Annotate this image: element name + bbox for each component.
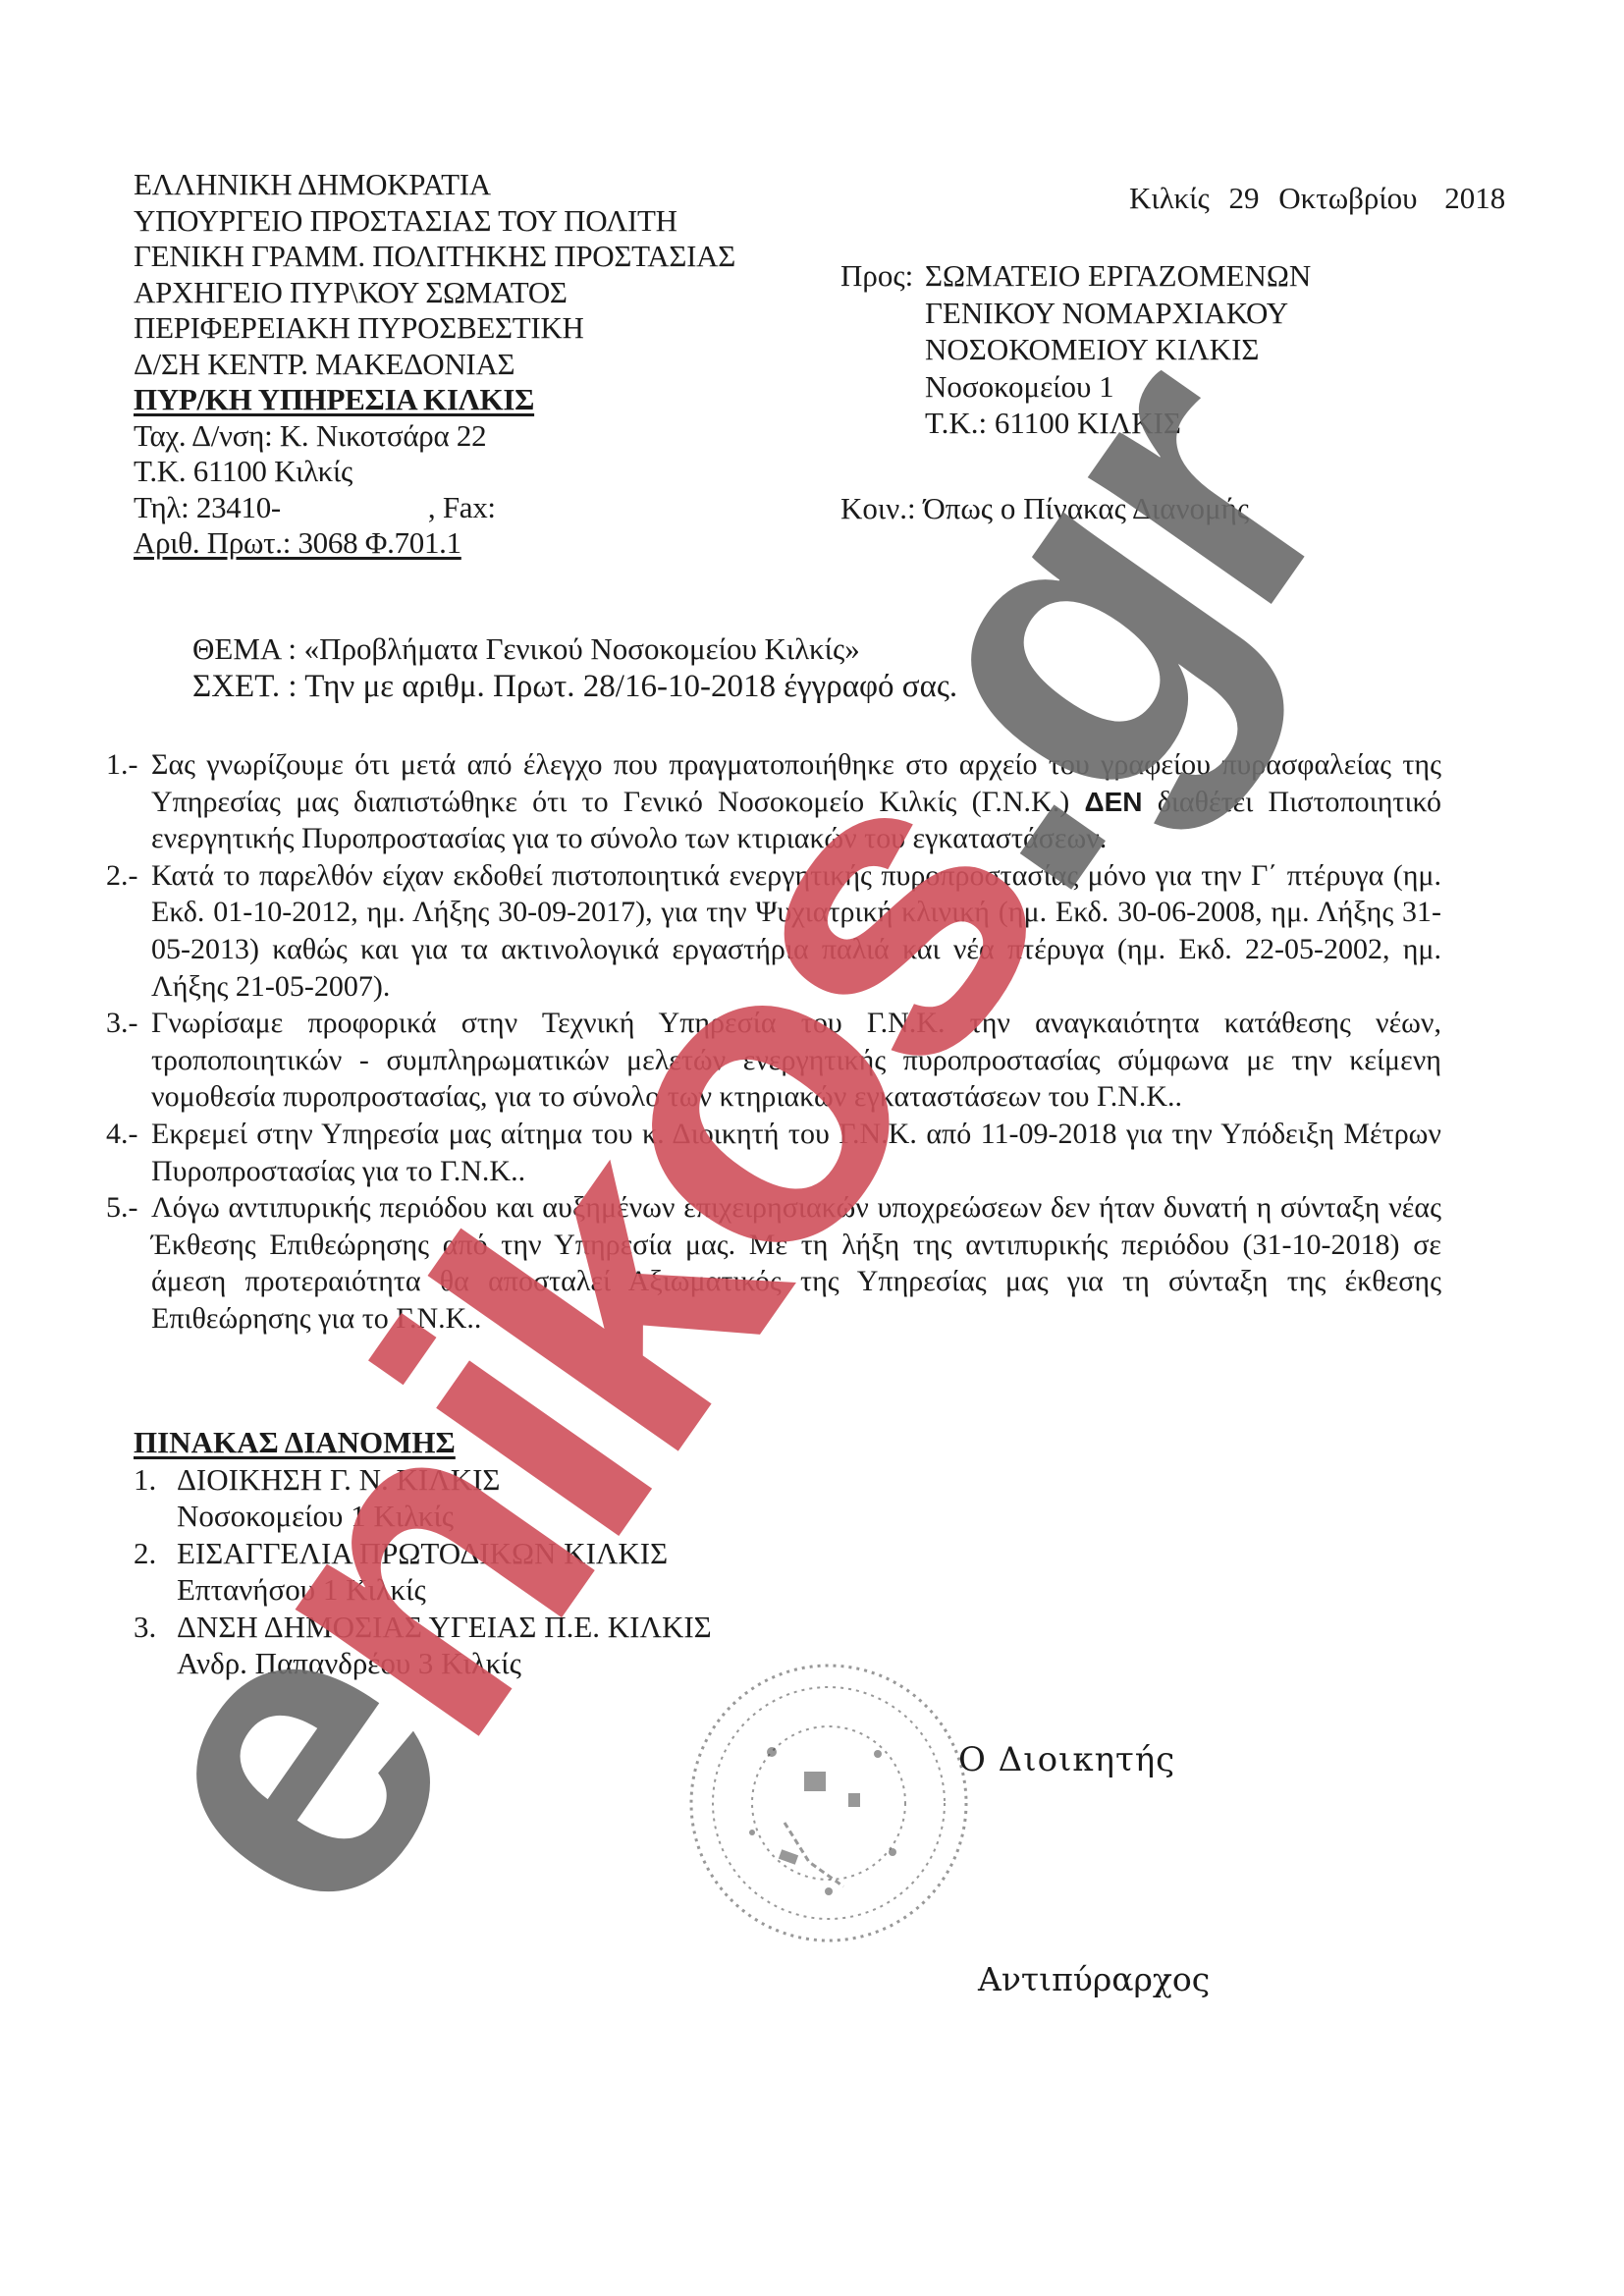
recipient-line: ΣΩΜΑΤΕΙΟ ΕΡΓΑΖΟΜΕΝΩΝ [925,257,1311,295]
body-paragraph: 4.- Εκρεμεί στην Υπηρεσία μας αίτημα του… [106,1116,1441,1189]
sender-postal: Τ.Κ. 61100 Κιλκίς [134,454,735,490]
entry-address: Νοσοκομείου 1 Κιλκίς [177,1498,500,1535]
recipient-label: Προς: [840,257,925,442]
sender-contact: Τηλ: 23410-, Fax: [134,490,735,526]
paragraph-number: 4.- [106,1116,151,1189]
sender-line: ΠΕΡΙΦΕΡΕΙΑΚΗ ΠΥΡΟΣΒΕΣΤΙΚΗ [134,310,735,347]
paragraph-text: Εκρεμεί στην Υπηρεσία μας αίτημα του κ. … [151,1116,1441,1189]
protocol-number: Αριθ. Πρωτ.: 3068 Φ.701.1 [134,525,735,562]
sender-fax: , Fax: [428,490,496,524]
sender-line: ΕΛΛΗΝΙΚΗ ΔΗΜΟΚΡΑΤΙΑ [134,167,735,203]
recipient-line: ΓΕΝΙΚΟΥ ΝΟΜΑΡΧΙΑΚΟΥ [925,295,1311,332]
distribution-entry: 1. ΔΙΟΙΚΗΣΗ Γ. Ν. ΚΙΛΚΙΣΝοσοκομείου 1 Κι… [134,1461,712,1535]
signatory-title: Ο Διοικητής [958,1740,1175,1779]
paragraph-text: Γνωρίσαμε προφορικά στην Τεχνική Υπηρεσί… [151,1005,1441,1116]
body-paragraph: 2.- Κατά το παρελθόν είχαν εκδοθεί πιστο… [106,857,1441,1005]
recipient-line: Νοσοκομείου 1 [925,368,1311,406]
entry-name: ΕΙΣΑΓΓΕΛΙΑ ΠΡΩΤΟΔΙΚΩΝ ΚΙΛΚΙΣ [177,1535,668,1572]
paragraph-text: Κατά το παρελθόν είχαν εκδοθεί πιστοποιη… [151,857,1441,1005]
distribution-list: ΠΙΝΑΚΑΣ ΔΙΑΝΟΜΗΣ 1. ΔΙΟΙΚΗΣΗ Γ. Ν. ΚΙΛΚΙ… [134,1424,712,1682]
document-page: ΕΛΛΗΝΙΚΗ ΔΗΜΟΚΡΑΤΙΑ ΥΠΟΥΡΓΕΙΟ ΠΡΟΣΤΑΣΙΑΣ… [0,0,1624,2296]
date-year: 2018 [1444,181,1505,215]
distribution-entry: 3. ΔΝΣΗ ΔΗΜΟΣΙΑΣ ΥΓΕΙΑΣ Π.Ε. ΚΙΛΚΙΣΑνδρ.… [134,1609,712,1682]
sender-line: Δ/ΣΗ ΚΕΝΤΡ. ΜΑΚΕΔΟΝΙΑΣ [134,347,735,383]
official-seal-icon [681,1656,976,1950]
paragraph-number: 2.- [106,857,151,1005]
recipient-line: ΝΟΣΟΚΟΜΕΙΟΥ ΚΙΛΚΙΣ [925,331,1311,368]
paragraph-number: 3.- [106,1005,151,1116]
body-paragraph: 3.- Γνωρίσαμε προφορικά στην Τεχνική Υπη… [106,1005,1441,1116]
date-day: 29 [1228,181,1259,215]
paragraph-number: 5.- [106,1189,151,1337]
sender-address: Ταχ. Δ/νση: Κ. Νικοτσάρα 22 [134,418,735,455]
entry-address: Ανδρ. Παπανδρέου 3 Κιλκίς [177,1645,712,1682]
sender-line: ΑΡΧΗΓΕΙΟ ΠΥΡ\ΚΟΥ ΣΩΜΑΤΟΣ [134,275,735,311]
subject-theme: ΘΕΜΑ : «Προβλήματα Γενικού Νοσοκομείου Κ… [192,630,957,668]
body-paragraph: 1.- Σας γνωρίζουμε ότι μετά από έλεγχο π… [106,746,1441,857]
distribution-title: ΠΙΝΑΚΑΣ ΔΙΑΝΟΜΗΣ [134,1424,712,1461]
recipient-line: Τ.Κ.: 61100 ΚΙΛΚΙΣ [925,405,1311,442]
subject-block: ΘΕΜΑ : «Προβλήματα Γενικού Νοσοκομείου Κ… [192,630,957,705]
emphasis-den: ΔΕΝ [1084,787,1142,817]
paragraph-text: Λόγω αντιπυρικής περιόδου και αυξημένων … [151,1189,1441,1337]
sender-phone: Τηλ: 23410- [134,490,281,524]
entry-name: ΔΙΟΙΚΗΣΗ Γ. Ν. ΚΙΛΚΙΣ [177,1461,500,1499]
sender-service: ΠΥΡ/ΚΗ ΥΠΗΡΕΣΙΑ ΚΙΛΚΙΣ [134,382,735,418]
sender-block: ΕΛΛΗΝΙΚΗ ΔΗΜΟΚΡΑΤΙΑ ΥΠΟΥΡΓΕΙΟ ΠΡΟΣΤΑΣΙΑΣ… [134,167,735,562]
cc-line: Κοιν.: Όπως ο Πίνακας Διανομής [840,491,1249,526]
distribution-entry: 2. ΕΙΣΑΓΓΕΛΙΑ ΠΡΩΤΟΔΙΚΩΝ ΚΙΛΚΙΣΕπτανήσου… [134,1535,712,1609]
entry-name: ΔΝΣΗ ΔΗΜΟΣΙΑΣ ΥΓΕΙΑΣ Π.Ε. ΚΙΛΚΙΣ [177,1609,712,1646]
date-city: Κιλκίς [1129,181,1210,215]
document-date: Κιλκίς 29 Οκτωβρίου 2018 [1129,181,1505,216]
recipient-block: Προς: ΣΩΜΑΤΕΙΟ ΕΡΓΑΖΟΜΕΝΩΝ ΓΕΝΙΚΟΥ ΝΟΜΑΡ… [840,257,1311,442]
date-month: Οκτωβρίου [1278,181,1417,215]
paragraph-number: 1.- [106,746,151,857]
sender-line: ΥΠΟΥΡΓΕΙΟ ΠΡΟΣΤΑΣΙΑΣ ΤΟΥ ΠΟΛΙΤΗ [134,203,735,240]
entry-address: Επτανήσου 1 Κιλκίς [177,1571,668,1609]
subject-reference: ΣΧΕΤ. : Την με αριθμ. Πρωτ. 28/16-10-201… [192,668,957,705]
sender-line: ΓΕΝΙΚΗ ΓΡΑΜΜ. ΠΟΛΙΤΗΚΗΣ ΠΡΟΣΤΑΣΙΑΣ [134,239,735,275]
paragraph-text: Σας γνωρίζουμε ότι μετά από έλεγχο που π… [151,746,1441,857]
signatory-rank: Αντιπύραρχος [978,1960,1210,1998]
letter-body: 1.- Σας γνωρίζουμε ότι μετά από έλεγχο π… [106,746,1441,1338]
body-paragraph: 5.- Λόγω αντιπυρικής περιόδου και αυξημέ… [106,1189,1441,1337]
